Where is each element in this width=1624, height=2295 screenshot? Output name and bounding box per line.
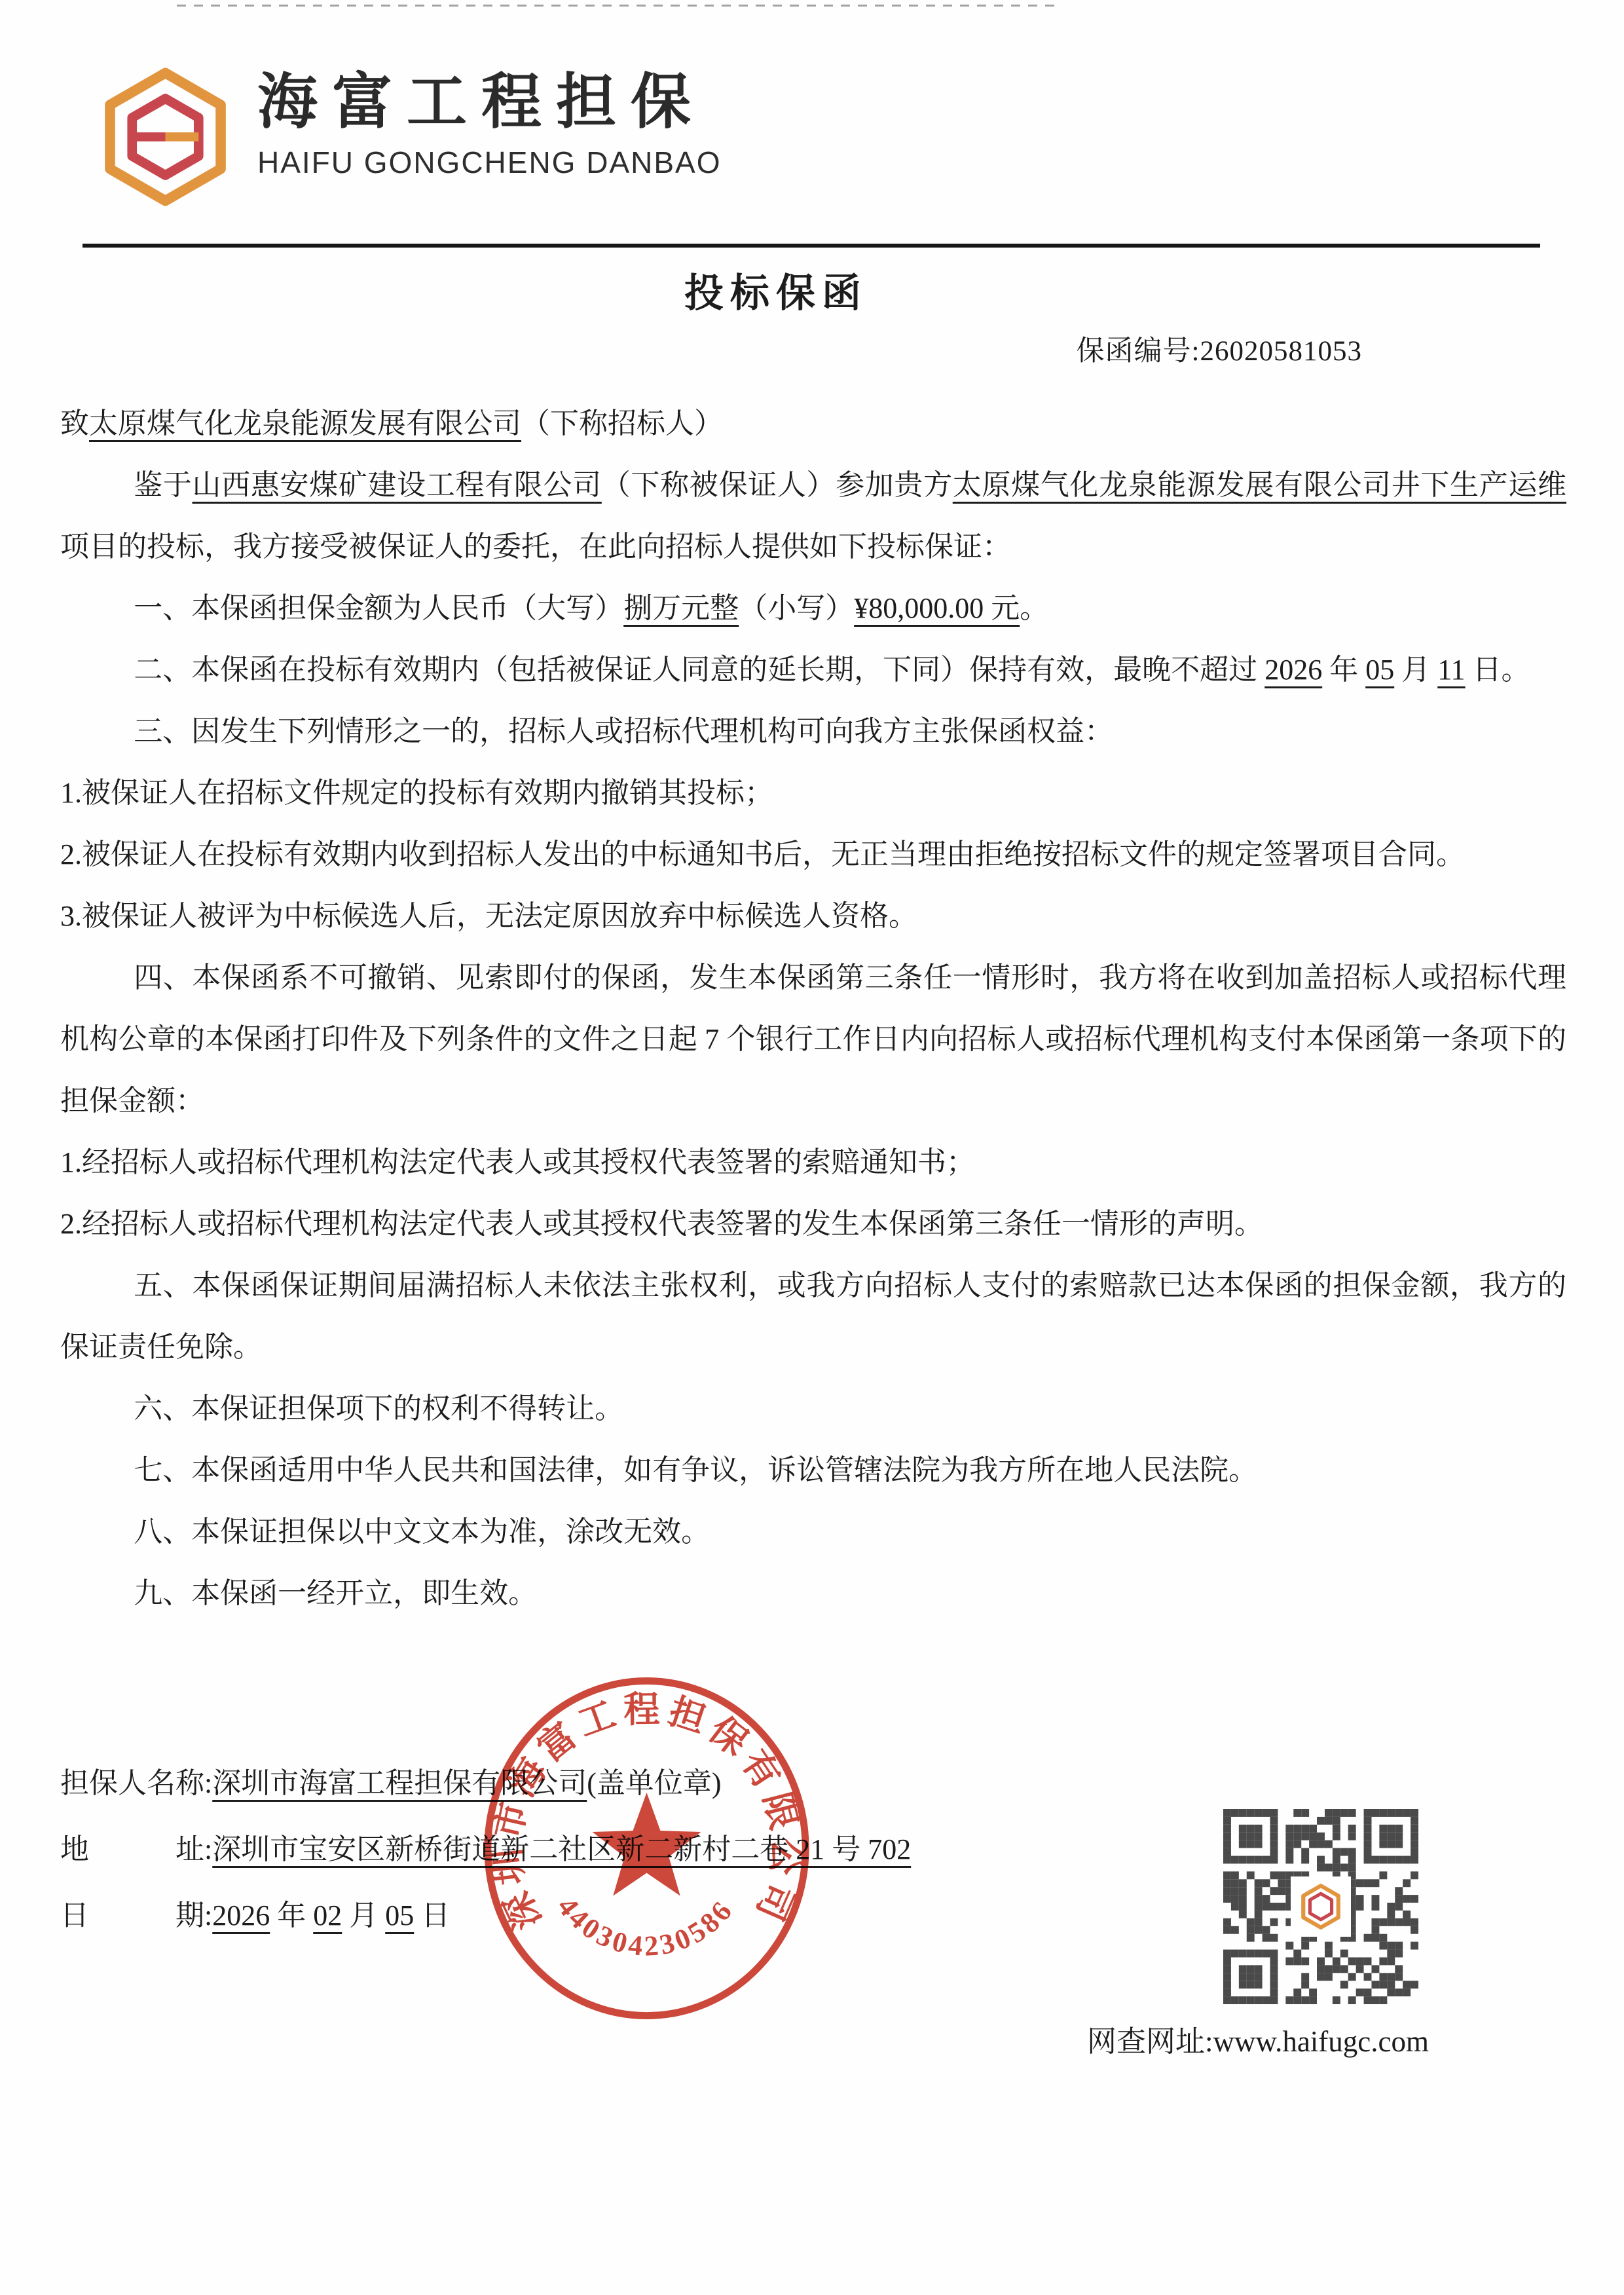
field-colon: : (204, 1816, 212, 1882)
text-run: 九、本保函一经开立，即生效。 (134, 1577, 537, 1609)
text-run: 月 (342, 1899, 385, 1931)
qr-center-logo-icon (1291, 1876, 1351, 1937)
document-title: 投标保函 (0, 262, 1588, 318)
paragraph: 1.被保证人在招标文件规定的投标有效期内撤销其投标； (60, 762, 1566, 824)
company-name-pinyin: HAIFU GONGCHENG DANBAO (257, 145, 722, 180)
haifu-hexagon-logo-icon (98, 58, 232, 216)
text-run: 四、本保函系不可撤销、见索即付的保函，发生本保函第三条任一情形时，我方将在收到加… (60, 961, 1566, 1117)
document-body: 致太原煤气化龙泉能源发展有限公司（下称招标人）鉴于山西惠安煤矿建设工程有限公司（… (60, 393, 1566, 1624)
text-run: 1.经招标人或招标代理机构法定代表人或其授权代表签署的索赔通知书； (60, 1146, 975, 1178)
text-run: 1.被保证人在招标文件规定的投标有效期内撤销其投标； (60, 777, 773, 809)
guarantee-number-line: 保函编号:26020581053 (1077, 329, 1362, 369)
text-run: 日。 (1466, 654, 1530, 686)
paragraph: 1.经招标人或招标代理机构法定代表人或其授权代表签署的索赔通知书； (60, 1132, 1566, 1193)
underlined-text: 太原煤气化龙泉能源发展有限公司 (89, 407, 521, 439)
paragraph: 2.经招标人或招标代理机构法定代表人或其授权代表签署的发生本保函第三条任一情形的… (60, 1193, 1566, 1255)
underlined-text: 捌万元整 (623, 592, 739, 624)
text-run: 五、本保函保证期间届满招标人未依法主张权利，或我方向招标人支付的索赔款已达本保函… (60, 1269, 1566, 1363)
company-name-cn: 海富工程担保 (257, 69, 722, 136)
paragraph: 四、本保函系不可撤销、见索即付的保函，发生本保函第三条任一情形时，我方将在收到加… (60, 947, 1566, 1132)
text-run: 八、本保证担保以中文文本为准，涂改无效。 (134, 1516, 710, 1548)
text-run: 鉴于 (134, 469, 192, 501)
text-run: 六、本保证担保项下的权利不得转让。 (134, 1392, 623, 1425)
qr-code (1223, 1809, 1418, 2004)
text-run: 3.被保证人被评为中标候选人后，无法定原因放弃中标候选人资格。 (60, 900, 917, 932)
text-run: （小写） (739, 592, 854, 624)
paragraph: 七、本保函适用中华人民共和国法律，如有争议，诉讼管辖法院为我方所在地人民法院。 (60, 1440, 1566, 1501)
paragraph: 鉴于山西惠安煤矿建设工程有限公司（下称被保证人）参加贵方太原煤气化龙泉能源发展有… (60, 455, 1566, 578)
field-label: 担保人名称 (60, 1750, 204, 1816)
paragraph: 三、因发生下列情形之一的，招标人或招标代理机构可向我方主张保函权益： (60, 701, 1566, 762)
brand-text: 海富工程担保 HAIFU GONGCHENG DANBAO (257, 58, 722, 180)
text-run: 项目的投标，我方接受被保证人的委托，在此向招标人提供如下投标保证： (60, 531, 1011, 563)
field-colon: : (204, 1882, 212, 1949)
paragraph: 六、本保证担保项下的权利不得转让。 (60, 1378, 1566, 1440)
text-run: 三、因发生下列情形之一的，招标人或招标代理机构可向我方主张保函权益： (134, 715, 1113, 747)
text-run: （下称被保证人）参加贵方 (602, 469, 953, 501)
text-run: 日 (414, 1899, 450, 1931)
paragraph: 九、本保函一经开立，即生效。 (60, 1563, 1566, 1624)
seal-star (593, 1793, 701, 1896)
header-divider (83, 244, 1540, 248)
paragraph: 致太原煤气化龙泉能源发展有限公司（下称招标人） (60, 393, 1566, 455)
underlined-text: 2026 (1264, 654, 1322, 686)
company-seal: 深圳市海富工程担保有限公司 4403042305863 (478, 1671, 815, 2025)
text-run: 一、本保函担保金额为人民币（大写） (134, 592, 623, 624)
verify-url: www.haifugc.com (1213, 2025, 1429, 2058)
text-run: 。 (1020, 592, 1048, 624)
underlined-text: 2026 (212, 1899, 270, 1931)
underlined-text: 02 (313, 1899, 342, 1931)
underlined-text: 11 (1437, 654, 1465, 686)
paragraph: 3.被保证人被评为中标候选人后，无法定原因放弃中标候选人资格。 (60, 886, 1566, 947)
text-run: （下称招标人） (521, 407, 723, 439)
field-label: 日期 (60, 1882, 204, 1949)
paragraph: 二、本保函在投标有效期内（包括被保证人同意的延长期，下同）保持有效，最晚不超过 … (60, 639, 1566, 701)
underlined-text: 山西惠安煤矿建设工程有限公司 (193, 469, 602, 501)
letterhead: 海富工程担保 HAIFU GONGCHENG DANBAO (98, 58, 722, 216)
text-run: 2.被保证人在投标有效期内收到招标人发出的中标通知书后，无正当理由拒绝按招标文件… (60, 838, 1465, 870)
verification-url-line: 网查网址:www.haifugc.com (1087, 2017, 1429, 2060)
underlined-text: 05 (1365, 654, 1394, 686)
text-run: 月 (1394, 654, 1437, 686)
paragraph: 2.被保证人在投标有效期内收到招标人发出的中标通知书后，无正当理由拒绝按招标文件… (60, 824, 1566, 886)
text-run: 七、本保函适用中华人民共和国法律，如有争议，诉讼管辖法院为我方所在地人民法院。 (134, 1454, 1257, 1486)
underlined-text: 太原煤气化龙泉能源发展有限公司井下生产运维 (953, 469, 1566, 501)
text-run: 二、本保函在投标有效期内（包括被保证人同意的延长期，下同）保持有效，最晚不超过 (134, 654, 1264, 686)
verify-label: 网查网址: (1087, 2025, 1213, 2058)
guarantee-number-label: 保函编号: (1077, 336, 1200, 367)
guarantee-letter-page: 海富工程担保 HAIFU GONGCHENG DANBAO 投标保函 保函编号:… (0, 0, 1624, 2295)
text-run: 2.经招标人或招标代理机构法定代表人或其授权代表签署的发生本保函第三条任一情形的… (60, 1208, 1263, 1240)
field-label: 地址 (60, 1816, 204, 1882)
text-run: 年 (1322, 654, 1365, 686)
paragraph: 一、本保函担保金额为人民币（大写）捌万元整（小写）¥80,000.00 元。 (60, 578, 1566, 639)
text-run: 年 (270, 1899, 313, 1931)
text-run: 致 (60, 407, 89, 439)
scan-noise-line (177, 5, 1054, 7)
paragraph: 五、本保函保证期间届满招标人未依法主张权利，或我方向招标人支付的索赔款已达本保函… (60, 1255, 1566, 1378)
paragraph: 八、本保证担保以中文文本为准，涂改无效。 (60, 1501, 1566, 1563)
guarantee-number-value: 26020581053 (1200, 336, 1363, 367)
field-colon: : (204, 1750, 212, 1816)
underlined-text: ¥80,000.00 元 (854, 592, 1020, 624)
underlined-text: 05 (385, 1899, 414, 1931)
